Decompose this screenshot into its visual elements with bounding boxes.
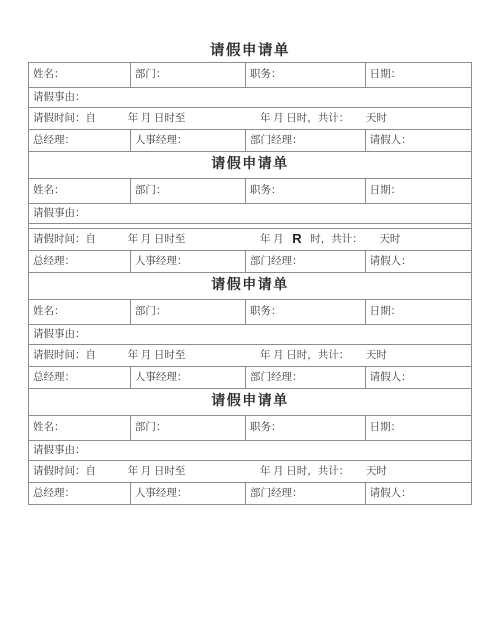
form-4-time-row: 请假时间：自 年 月 日时至 年 月 日时，共计： 天时 (29, 461, 472, 483)
form-2-department-cell: 部门： (130, 179, 245, 204)
form-4-hr-manager-cell: 人事经理： (130, 483, 245, 505)
form-3-time-row: 请假时间：自 年 月 日时至 年 月 日时，共计： 天时 (29, 345, 472, 367)
name-label: 姓名： (33, 69, 65, 80)
hr-manager-label: 人事经理： (135, 256, 188, 267)
form-4-general-manager-cell: 总经理： (29, 483, 131, 505)
time-to-label: 年 月 日时，共计： (260, 113, 349, 125)
general-manager-label: 总经理： (33, 256, 75, 267)
form-2-time-cell: 请假时间：自 年 月 日时至 年 月 R 时，共计： 天时 (29, 229, 472, 251)
form-1-date-cell: 日期： (365, 63, 471, 88)
form-3-position-cell: 职务： (246, 300, 366, 325)
form-2-name-cell: 姓名： (29, 179, 131, 204)
form-1-department-cell: 部门： (130, 63, 245, 88)
name-label: 姓名： (33, 422, 65, 433)
position-label: 职务： (250, 422, 282, 433)
form-1-general-manager-cell: 总经理： (29, 130, 131, 152)
hr-manager-label: 人事经理： (135, 372, 188, 383)
form-1-time-row: 请假时间：自 年 月 日时至 年 月 日时，共计： 天时 (29, 108, 472, 130)
form-3-title-row: 请假申请单 (29, 273, 472, 300)
form-1-name-cell: 姓名： (29, 63, 131, 88)
applicant-label: 请假人： (370, 488, 412, 499)
time-to-after-r-label: 时，共计： (310, 234, 363, 246)
form-4-name-cell: 姓名： (29, 416, 131, 441)
form-4-applicant-cell: 请假人： (365, 483, 471, 505)
date-label: 日期： (370, 69, 402, 80)
form-2-position-cell: 职务： (246, 179, 366, 204)
time-to-label: 年 月 日时，共计： (260, 466, 349, 478)
department-label: 部门： (135, 306, 167, 317)
time-from-label: 年 月 日时至 (128, 350, 186, 362)
form-3-name-cell: 姓名： (29, 300, 131, 325)
time-to-label: 年 月 日时，共计： (260, 350, 349, 362)
form-2-header-row: 姓名： 部门： 职务： 日期： (29, 179, 472, 204)
form-3-department-cell: 部门： (130, 300, 245, 325)
form-1-applicant-cell: 请假人： (365, 130, 471, 152)
time-prefix-label: 请假时间：自 (33, 234, 96, 246)
form-3-header-row: 姓名： 部门： 职务： 日期： (29, 300, 472, 325)
form-1-time-cell: 请假时间：自 年 月 日时至 年 月 日时，共计： 天时 (29, 108, 472, 130)
time-unit-label: 天时 (366, 466, 387, 478)
form-2-department-manager-cell: 部门经理： (246, 251, 366, 273)
reason-label: 请假事由： (33, 208, 86, 219)
reason-label: 请假事由： (33, 329, 86, 340)
time-from-label: 年 月 日时至 (128, 234, 186, 246)
general-manager-label: 总经理： (33, 488, 75, 499)
form-2-reason-cell: 请假事由： (29, 204, 472, 224)
form-2-title-row: 请假申请单 (29, 152, 472, 179)
time-prefix-label: 请假时间：自 (33, 113, 96, 125)
date-label: 日期： (370, 422, 402, 433)
form-1-department-manager-cell: 部门经理： (246, 130, 366, 152)
leave-request-forms-table: 姓名： 部门： 职务： 日期： 请假事由： 请假时间：自 年 月 日时至 年 月… (28, 62, 472, 505)
department-label: 部门： (135, 422, 167, 433)
department-manager-label: 部门经理： (250, 256, 303, 267)
department-label: 部门： (135, 185, 167, 196)
form-4-department-cell: 部门： (130, 416, 245, 441)
time-from-label: 年 月 日时至 (128, 466, 186, 478)
form-2-hr-manager-cell: 人事经理： (130, 251, 245, 273)
reason-label: 请假事由： (33, 92, 86, 103)
form-1-hr-manager-cell: 人事经理： (130, 130, 245, 152)
form-4-time-cell: 请假时间：自 年 月 日时至 年 月 日时，共计： 天时 (29, 461, 472, 483)
document-page: 请假申请单 姓名： 部门： 职务： 日期： 请假事由： 请假时间：自 年 月 日… (0, 0, 500, 505)
time-unit-label: 天时 (379, 234, 400, 246)
general-manager-label: 总经理： (33, 372, 75, 383)
form-4-department-manager-cell: 部门经理： (246, 483, 366, 505)
department-manager-label: 部门经理： (250, 135, 303, 146)
time-unit-label: 天时 (366, 350, 387, 362)
name-label: 姓名： (33, 306, 65, 317)
time-to-before-r-label: 年 月 (260, 234, 284, 246)
time-unit-label: 天时 (366, 113, 387, 125)
general-manager-label: 总经理： (33, 135, 75, 146)
form-1-position-cell: 职务： (246, 63, 366, 88)
form-4-title-cell: 请假申请单 (29, 389, 472, 416)
form-2-reason-row: 请假事由： (29, 204, 472, 224)
form-4-position-cell: 职务： (246, 416, 366, 441)
hr-manager-label: 人事经理： (135, 488, 188, 499)
form-1-reason-cell: 请假事由： (29, 88, 472, 108)
form-1-title: 请假申请单 (0, 43, 500, 59)
form-2-time-row: 请假时间：自 年 月 日时至 年 月 R 时，共计： 天时 (29, 229, 472, 251)
form-3-title-cell: 请假申请单 (29, 273, 472, 300)
applicant-label: 请假人： (370, 372, 412, 383)
form-3-approvers-row: 总经理： 人事经理： 部门经理： 请假人： (29, 367, 472, 389)
applicant-label: 请假人： (370, 135, 412, 146)
form-1-reason-row: 请假事由： (29, 88, 472, 108)
department-manager-label: 部门经理： (250, 372, 303, 383)
form-3-reason-cell: 请假事由： (29, 325, 472, 345)
form-4-header-row: 姓名： 部门： 职务： 日期： (29, 416, 472, 441)
reason-label: 请假事由： (33, 445, 86, 456)
time-from-label: 年 月 日时至 (128, 113, 186, 125)
form-3-hr-manager-cell: 人事经理： (130, 367, 245, 389)
position-label: 职务： (250, 306, 282, 317)
form-4-date-cell: 日期： (365, 416, 471, 441)
form-4-reason-row: 请假事由： (29, 441, 472, 461)
r-typo-mark: R (292, 233, 301, 245)
form-2-general-manager-cell: 总经理： (29, 251, 131, 273)
form-4-title-row: 请假申请单 (29, 389, 472, 416)
form-3-department-manager-cell: 部门经理： (246, 367, 366, 389)
form-3-reason-row: 请假事由： (29, 325, 472, 345)
department-manager-label: 部门经理： (250, 488, 303, 499)
position-label: 职务： (250, 185, 282, 196)
time-prefix-label: 请假时间：自 (33, 350, 96, 362)
position-label: 职务： (250, 69, 282, 80)
form-3-time-cell: 请假时间：自 年 月 日时至 年 月 日时，共计： 天时 (29, 345, 472, 367)
hr-manager-label: 人事经理： (135, 135, 188, 146)
date-label: 日期： (370, 185, 402, 196)
name-label: 姓名： (33, 185, 65, 196)
form-3-general-manager-cell: 总经理： (29, 367, 131, 389)
date-label: 日期： (370, 306, 402, 317)
form-4-approvers-row: 总经理： 人事经理： 部门经理： 请假人： (29, 483, 472, 505)
form-1-header-row: 姓名： 部门： 职务： 日期： (29, 63, 472, 88)
form-3-date-cell: 日期： (365, 300, 471, 325)
time-prefix-label: 请假时间：自 (33, 466, 96, 478)
form-2-applicant-cell: 请假人： (365, 251, 471, 273)
form-4-reason-cell: 请假事由： (29, 441, 472, 461)
form-2-title-cell: 请假申请单 (29, 152, 472, 179)
applicant-label: 请假人： (370, 256, 412, 267)
form-2-approvers-row: 总经理： 人事经理： 部门经理： 请假人： (29, 251, 472, 273)
form-1-approvers-row: 总经理： 人事经理： 部门经理： 请假人： (29, 130, 472, 152)
form-2-date-cell: 日期： (365, 179, 471, 204)
form-3-applicant-cell: 请假人： (365, 367, 471, 389)
department-label: 部门： (135, 69, 167, 80)
